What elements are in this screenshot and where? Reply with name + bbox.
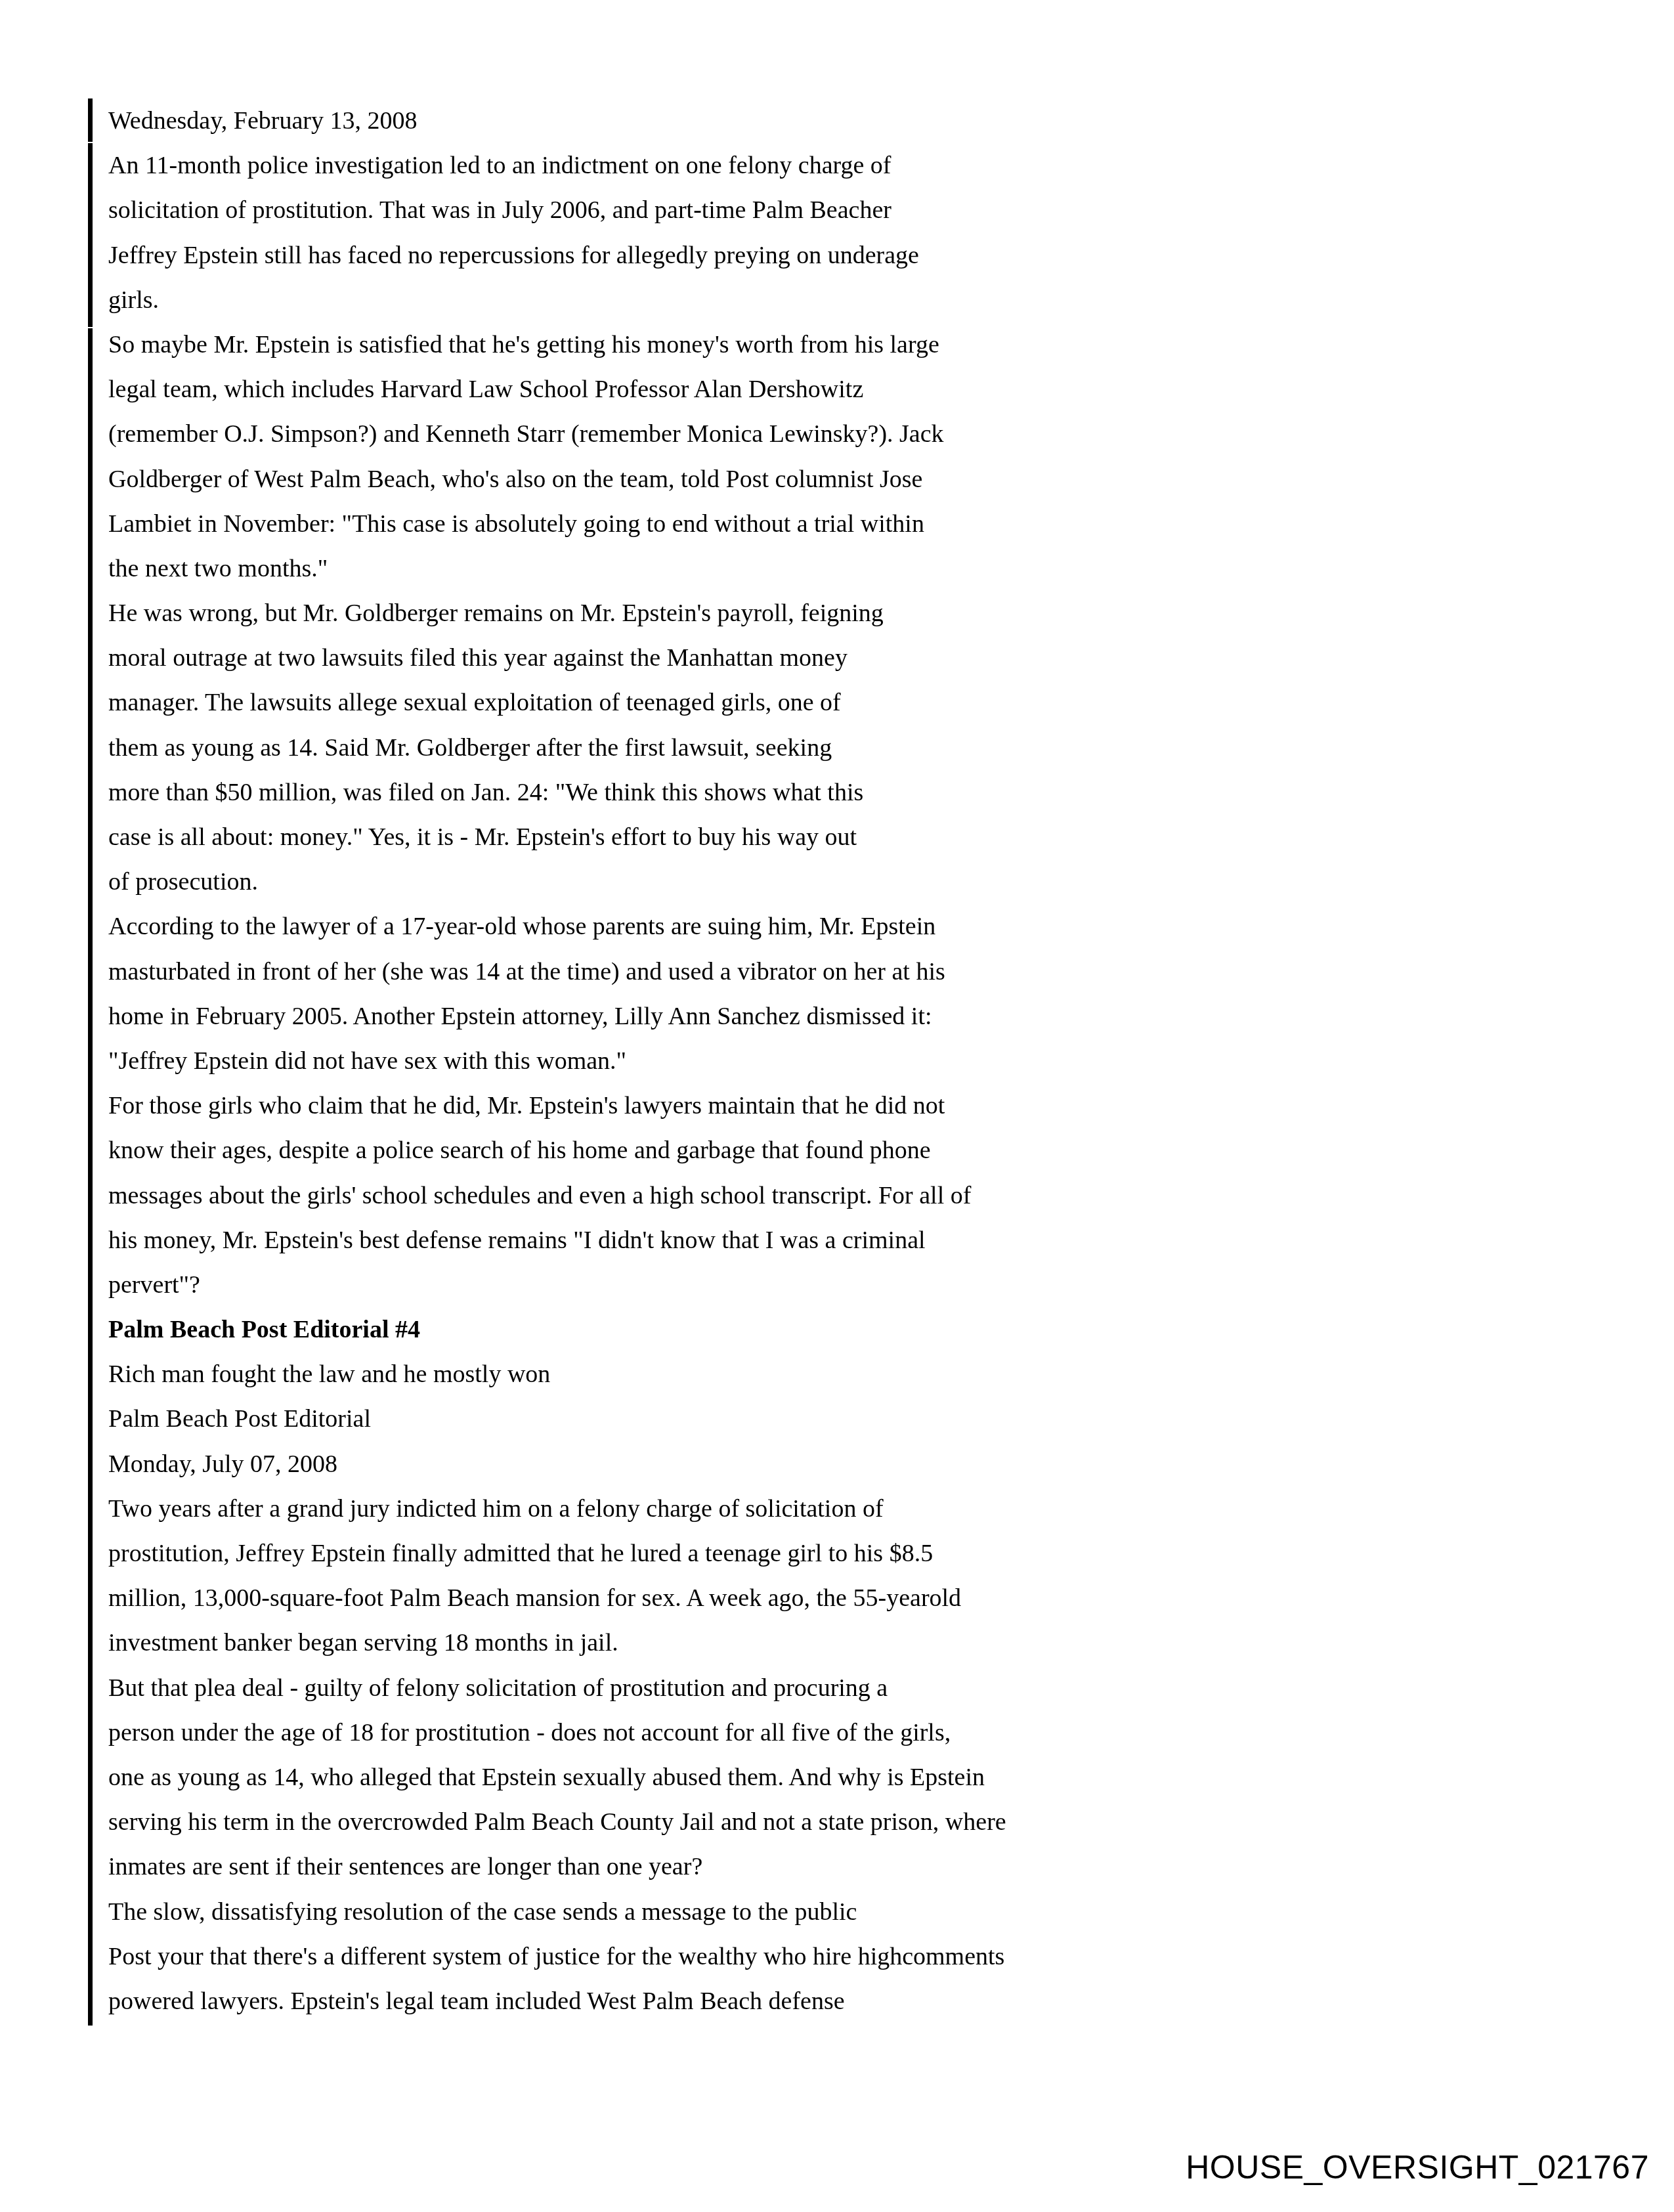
text-line: But that plea deal - guilty of felony so… — [108, 1666, 1159, 1710]
text-line: "Jeffrey Epstein did not have sex with t… — [108, 1039, 1159, 1083]
text-line: legal team, which includes Harvard Law S… — [108, 367, 1159, 412]
text-line: Lambiet in November: "This case is absol… — [108, 502, 1159, 546]
text-line: Rich man fought the law and he mostly wo… — [108, 1352, 1159, 1397]
text-line: moral outrage at two lawsuits filed this… — [108, 636, 1159, 680]
text-line: one as young as 14, who alleged that Eps… — [108, 1755, 1159, 1800]
text-line: pervert"? — [108, 1263, 1159, 1307]
text-line: Wednesday, February 13, 2008 — [108, 98, 1159, 143]
document-page: Wednesday, February 13, 2008An 11-month … — [0, 0, 1674, 2212]
text-line: prostitution, Jeffrey Epstein finally ad… — [108, 1531, 1159, 1576]
revision-bar — [88, 143, 93, 327]
text-line: For those girls who claim that he did, M… — [108, 1083, 1159, 1128]
text-line: He was wrong, but Mr. Goldberger remains… — [108, 591, 1159, 636]
text-line: million, 13,000-square-foot Palm Beach m… — [108, 1576, 1159, 1620]
text-line: inmates are sent if their sentences are … — [108, 1844, 1159, 1889]
text-line: home in February 2005. Another Epstein a… — [108, 994, 1159, 1039]
text-line: person under the age of 18 for prostitut… — [108, 1710, 1159, 1755]
text-line: solicitation of prostitution. That was i… — [108, 188, 1159, 232]
text-line: of prosecution. — [108, 859, 1159, 904]
text-line: So maybe Mr. Epstein is satisfied that h… — [108, 322, 1159, 367]
text-line: know their ages, despite a police search… — [108, 1128, 1159, 1173]
revision-bar — [88, 98, 93, 142]
text-line: Monday, July 07, 2008 — [108, 1442, 1159, 1486]
text-line: The slow, dissatisfying resolution of th… — [108, 1890, 1159, 1934]
text-line: investment banker began serving 18 month… — [108, 1620, 1159, 1665]
bates-number: HOUSE_OVERSIGHT_021767 — [1186, 2148, 1649, 2186]
text-line: Jeffrey Epstein still has faced no reper… — [108, 233, 1159, 278]
text-line: manager. The lawsuits allege sexual expl… — [108, 680, 1159, 725]
text-line: Two years after a grand jury indicted hi… — [108, 1486, 1159, 1531]
text-line: masturbated in front of her (she was 14 … — [108, 949, 1159, 994]
text-line: Palm Beach Post Editorial — [108, 1397, 1159, 1441]
text-line: Goldberger of West Palm Beach, who's als… — [108, 457, 1159, 502]
text-line: more than $50 million, was filed on Jan.… — [108, 770, 1159, 815]
text-line: According to the lawyer of a 17-year-old… — [108, 904, 1159, 949]
text-line: the next two months." — [108, 546, 1159, 591]
document-body: Wednesday, February 13, 2008An 11-month … — [108, 98, 1159, 2024]
text-line: case is all about: money." Yes, it is - … — [108, 815, 1159, 859]
text-line: messages about the girls' school schedul… — [108, 1173, 1159, 1218]
text-line: An 11-month police investigation led to … — [108, 143, 1159, 188]
text-line: powered lawyers. Epstein's legal team in… — [108, 1979, 1159, 2024]
revision-bar — [88, 328, 93, 2026]
section-heading: Palm Beach Post Editorial #4 — [108, 1307, 1159, 1352]
text-line: Post your that there's a different syste… — [108, 1934, 1159, 1979]
text-line: (remember O.J. Simpson?) and Kenneth Sta… — [108, 412, 1159, 456]
text-line: his money, Mr. Epstein's best defense re… — [108, 1218, 1159, 1263]
text-line: girls. — [108, 278, 1159, 322]
text-line: serving his term in the overcrowded Palm… — [108, 1800, 1159, 1844]
text-line: them as young as 14. Said Mr. Goldberger… — [108, 726, 1159, 770]
